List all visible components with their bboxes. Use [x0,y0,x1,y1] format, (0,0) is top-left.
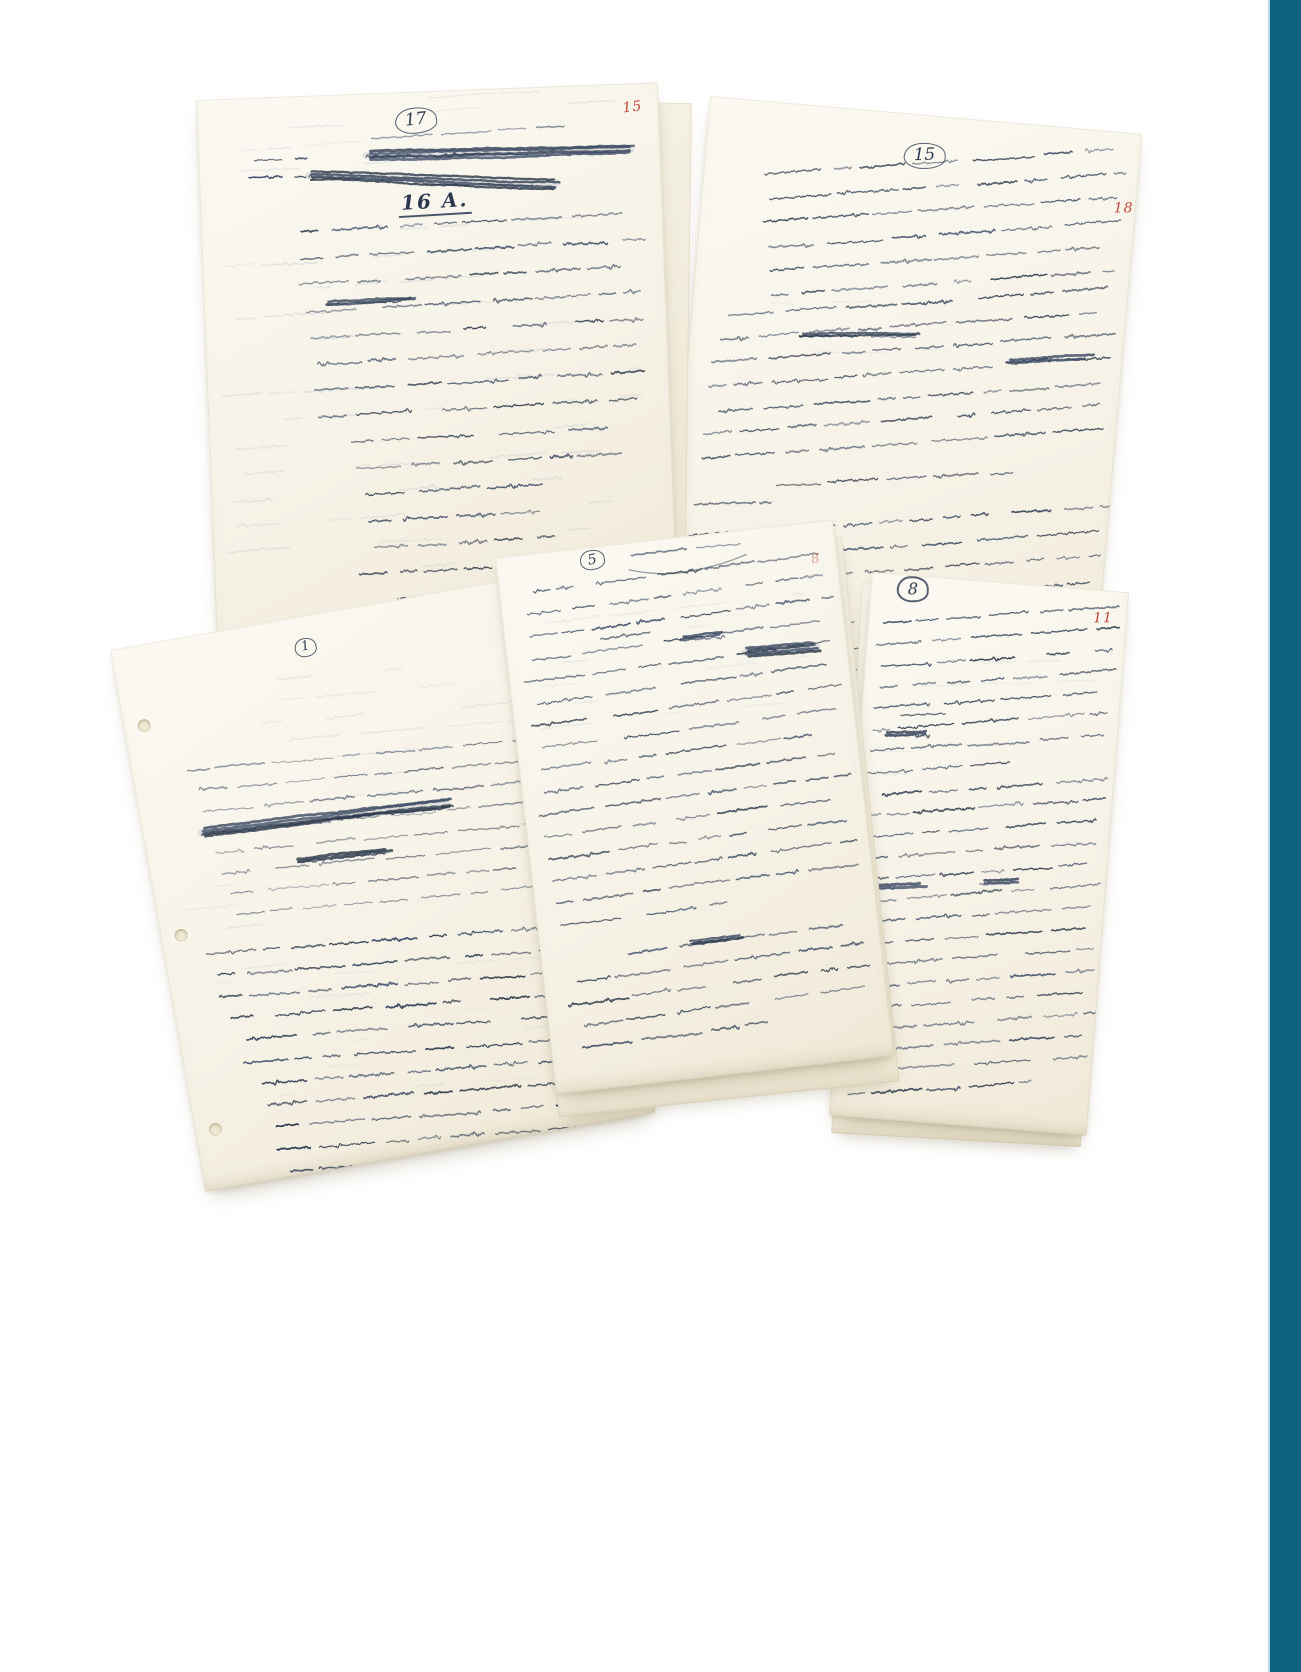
red-folio-number: 18 [1114,200,1134,216]
manuscript-leaf-5: 5 8 [495,520,894,1095]
accent-bar [1268,0,1301,1672]
manuscript-photo: 15 18 17 15 16 A. 8 11 1 5 8 [0,0,1301,1672]
circled-page-number: 8 [897,576,929,603]
red-folio-number: 15 [622,98,644,116]
circled-page-number: 15 [903,143,945,169]
section-heading: 16 A. [397,187,472,218]
handwriting-leaf-5 [495,520,894,1095]
red-folio-number: 11 [1093,610,1113,626]
